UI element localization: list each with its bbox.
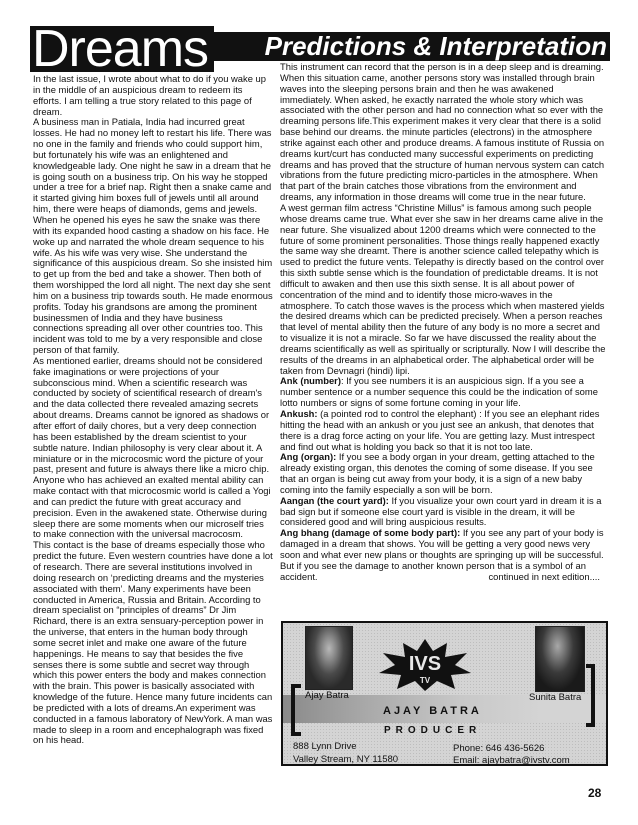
ivs-tv-logo: IVS TV — [375, 637, 475, 693]
business-card-ad: Ajay Batra Sunita Batra IVS TV AJAY BATR… — [281, 621, 608, 766]
page-number: 28 — [588, 786, 601, 800]
svg-text:TV: TV — [420, 676, 431, 685]
dream-entry: Ank (number): If you see numbers it is a… — [280, 376, 606, 409]
paragraph: In the last issue, I wrote about what to… — [33, 74, 273, 117]
bracket-right-decoration — [586, 664, 595, 727]
paragraph: A west german film actress “Christine Mi… — [280, 203, 606, 377]
bracket-left-decoration — [291, 684, 301, 736]
dream-entry: Aangan (the court yard): If you visualiz… — [280, 496, 606, 529]
entry-term: Ang bhang (damage of some body part): — [280, 527, 460, 538]
entry-text: (a pointed rod to control the elephant) … — [280, 408, 599, 452]
entry-term: Aangan (the court yard): — [280, 495, 389, 506]
paragraph: This contact is the base of dreams espec… — [33, 540, 273, 746]
address-line-1: 888 Lynn Drive — [293, 741, 357, 752]
entry-term: Ank (number) — [280, 375, 341, 386]
dream-entry: Ang (organ): If you see a body organ in … — [280, 452, 606, 495]
continued-note: continued in next edition.... — [488, 572, 600, 583]
paragraph: This instrument can record that the pers… — [280, 62, 606, 203]
page-title: Dreams — [30, 26, 214, 72]
svg-text:IVS: IVS — [409, 653, 441, 675]
address-line-2: Valley Stream, NY 11580 — [293, 754, 398, 765]
page-subtitle: Predictions & Interpretation — [247, 32, 607, 61]
dream-entry: Ang bhang (damage of some body part): If… — [280, 528, 606, 582]
producer-name: AJAY BATRA — [383, 705, 482, 717]
phone-number: Phone: 646 436-5626 — [453, 743, 544, 754]
starburst-logo-icon: IVS TV — [375, 637, 475, 693]
right-column: This instrument can record that the pers… — [280, 62, 606, 583]
paragraph: A business man in Patiala, India had inc… — [33, 117, 273, 356]
entry-term: Ankush: — [280, 408, 318, 419]
producer-role: PRODUCER — [384, 725, 481, 736]
photo-label-right: Sunita Batra — [529, 692, 581, 703]
photo-ajay-batra — [305, 626, 353, 690]
paragraph: As mentioned earlier, dreams should not … — [33, 356, 273, 540]
dream-entry: Ankush: (a pointed rod to control the el… — [280, 409, 606, 452]
left-column: In the last issue, I wrote about what to… — [33, 74, 273, 746]
entry-term: Ang (organ): — [280, 451, 336, 462]
email-address: Email: ajaybatra@ivstv.com — [453, 755, 570, 766]
photo-label-left: Ajay Batra — [305, 690, 349, 701]
photo-sunita-batra — [535, 626, 585, 692]
